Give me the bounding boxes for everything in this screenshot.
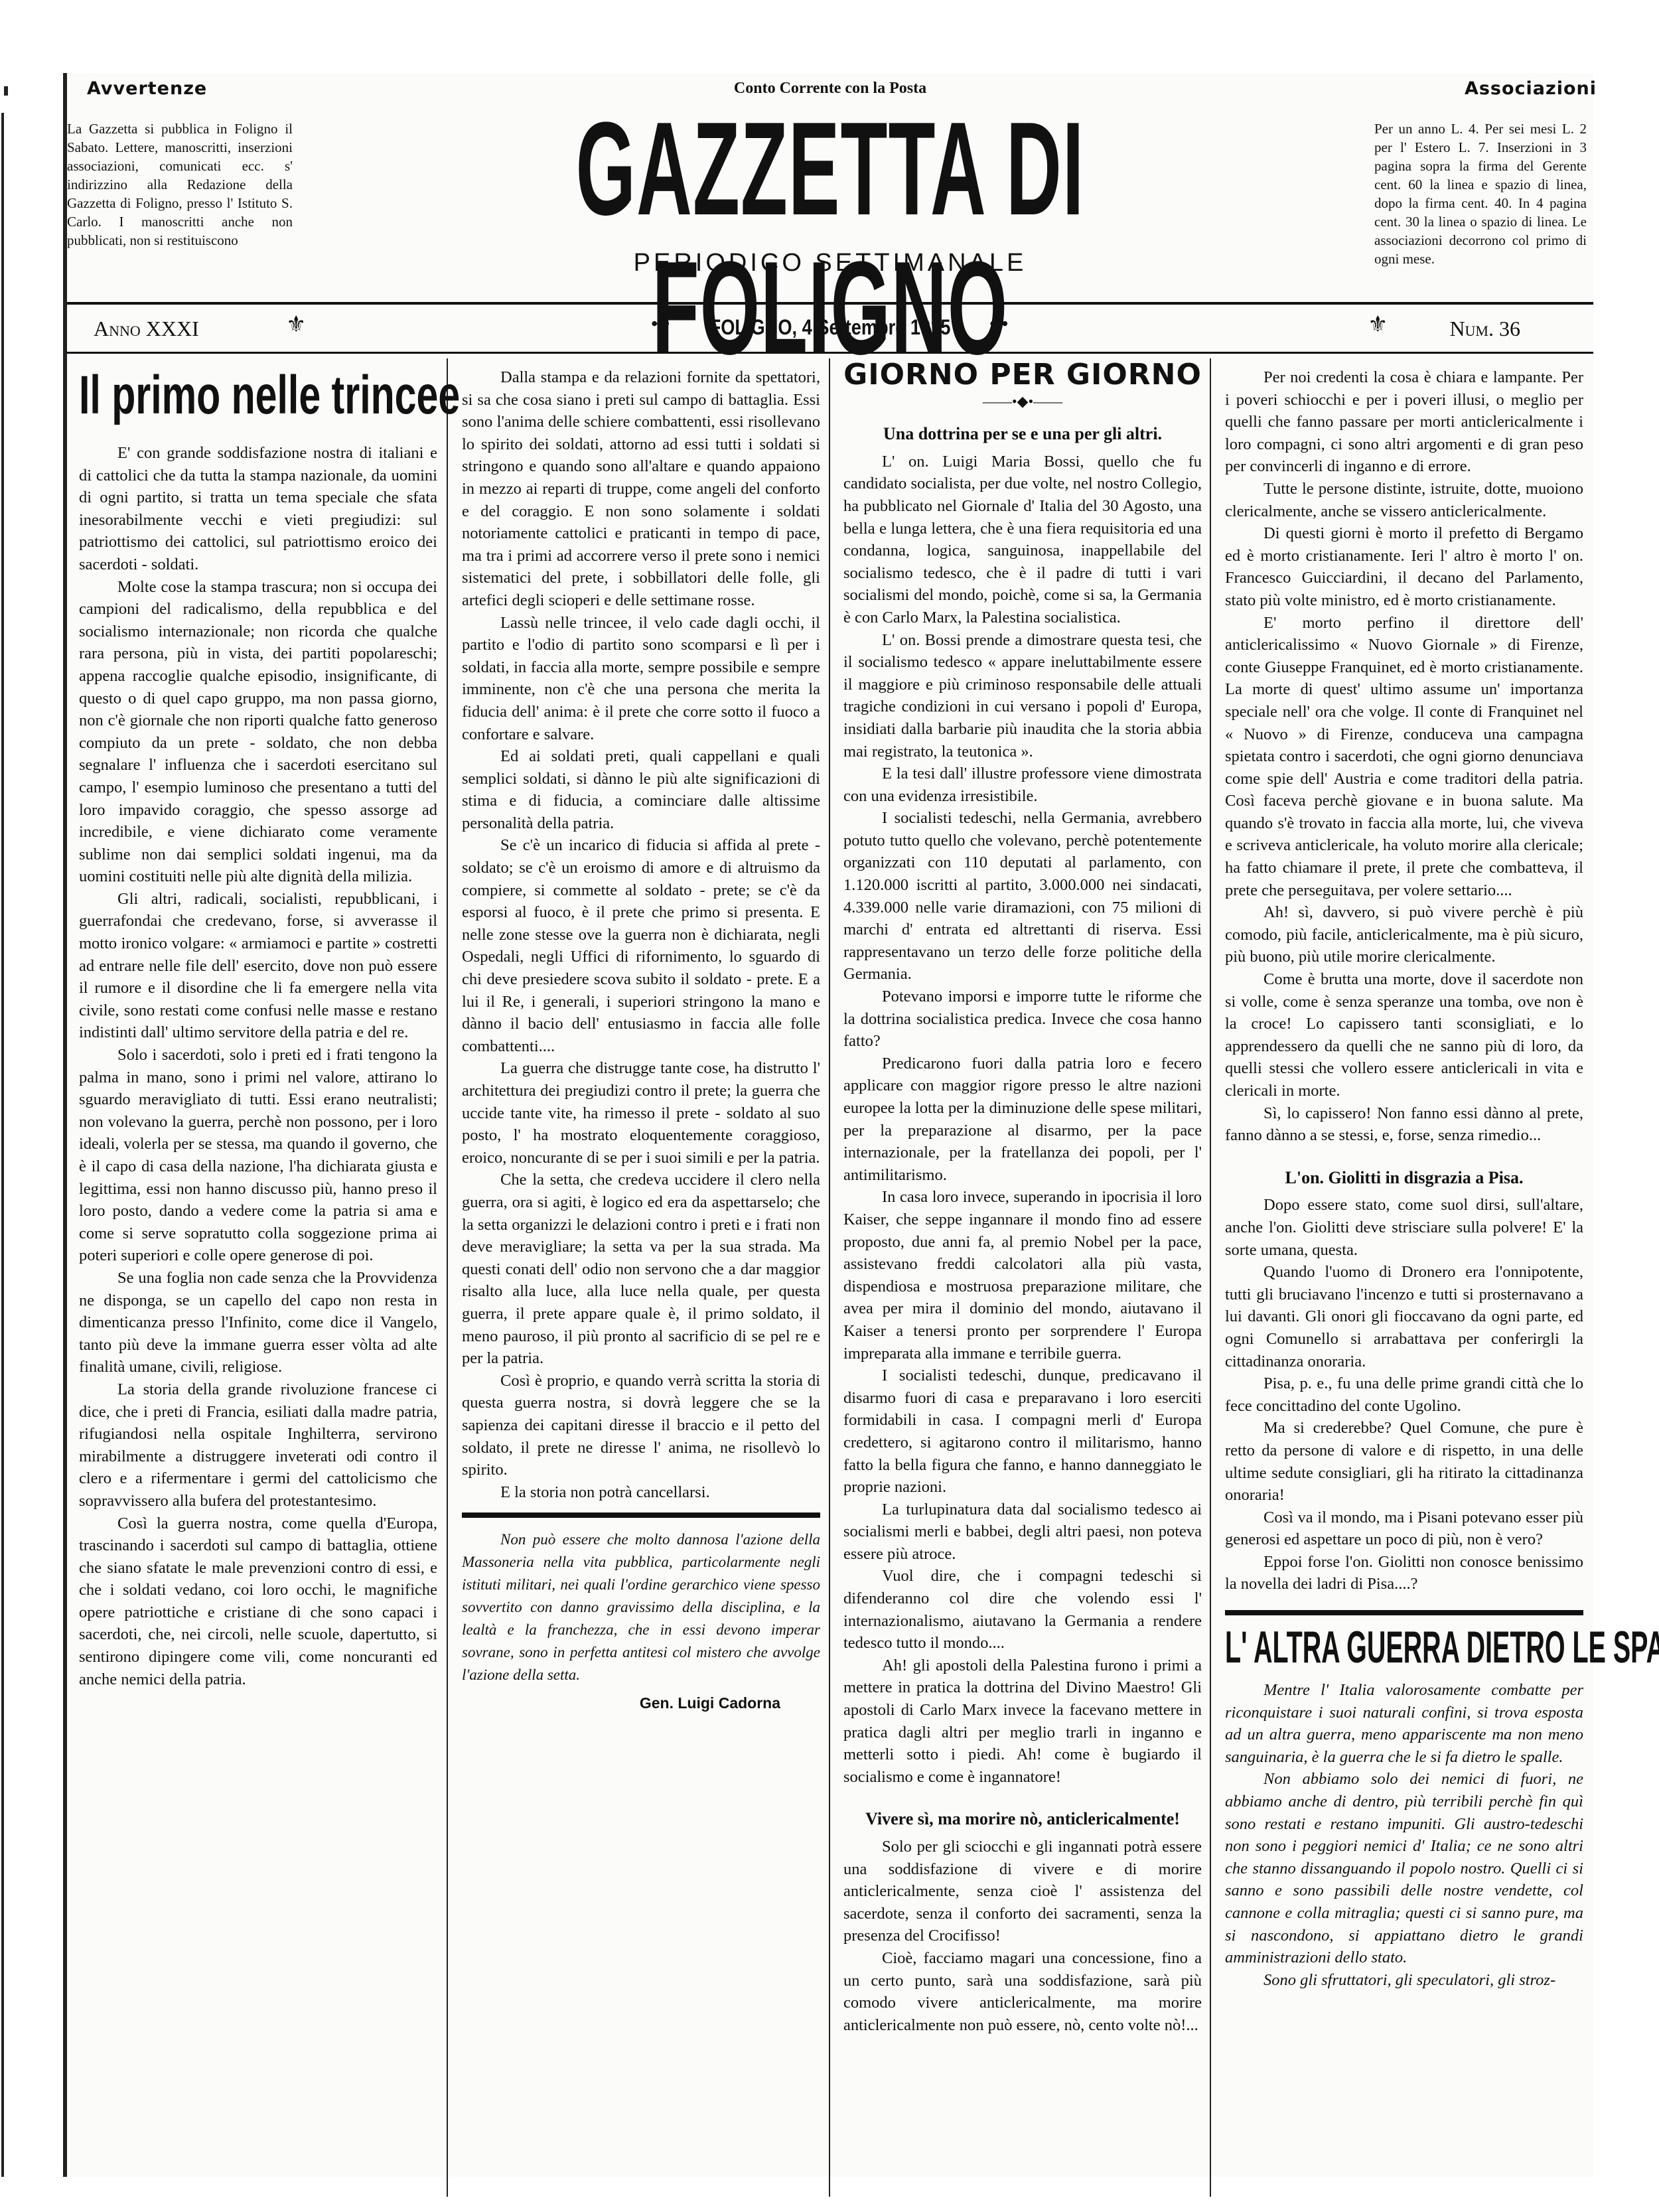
section-title-giorno-per-giorno: GIORNO PER GIORNO: [843, 364, 1202, 386]
headline-altra-guerra: L' ALTRA GUERRA DIETRO LE SPALLE: [1225, 1621, 1433, 1674]
newspaper-subtitle: PERIODICO SETTIMANALE: [332, 249, 1328, 277]
paragraph: Mentre l' Italia valorosamente combatte …: [1225, 1679, 1583, 1768]
dateline-rule: [67, 352, 1593, 354]
paragraph: Se una foglia non cade senza che la Prov…: [79, 1267, 437, 1378]
flourish-divider-icon: ——•◆•——: [843, 390, 1202, 413]
cadorna-quote-box: Non può essere che molto dannosa l'azion…: [462, 1512, 820, 1714]
avvertenze-title: Avvertenze: [87, 78, 207, 99]
paragraph: Cioè, facciamo magari una concessione, f…: [843, 1947, 1202, 2036]
ornament-left-icon: ✣: [651, 311, 670, 338]
article-title: Una dottrina per se e una per gli altri.: [843, 423, 1202, 445]
paragraph: Solo i sacerdoti, solo i preti ed i frat…: [79, 1044, 437, 1267]
paragraph: Dalla stampa e da relazioni fornite da s…: [462, 366, 820, 612]
paragraph: Di questi giorni è morto il prefetto di …: [1225, 522, 1583, 611]
paragraph: Vuol dire, che i compagni tedeschi si di…: [843, 1565, 1202, 1654]
paragraph: Se c'è un incarico di fiducia si affida …: [462, 834, 820, 1057]
column-1: Il primo nelle trincee E' con grande sod…: [79, 358, 437, 1690]
paragraph: Gli altri, radicali, socialisti, repubbl…: [79, 888, 437, 1044]
paragraph: E la storia non potrà cancellarsi.: [462, 1481, 820, 1504]
column-divider: [447, 358, 448, 2197]
avvertenze-text: La Gazzetta si pubblica in Foligno il Sa…: [67, 119, 293, 250]
paragraph: Così è proprio, e quando verrà scritta l…: [462, 1370, 820, 1481]
masthead-rule: [67, 302, 1593, 305]
dateline: Anno XXXI ⚜ FOLIGNO, 4 Settembre 1915 ✣ …: [67, 309, 1593, 348]
paragraph: Sono gli sfruttatori, gli speculatori, g…: [1225, 1969, 1583, 1992]
article-title: Vivere sì, ma morire nò, anticlericalmen…: [843, 1808, 1202, 1830]
column-3: GIORNO PER GIORNO ——•◆•—— Una dottrina p…: [843, 358, 1202, 2036]
paragraph: Così la guerra nostra, come quella d'Eur…: [79, 1512, 437, 1691]
paragraph: Non abbiamo solo dei nemici di fuori, ne…: [1225, 1768, 1583, 1968]
paragraph: La turlupinatura data dal socialismo ted…: [843, 1499, 1202, 1566]
paragraph: In casa loro invece, superando in ipocri…: [843, 1186, 1202, 1364]
issue-number: Num. 36: [1449, 317, 1520, 341]
paragraph: Come è brutta una morte, dove il sacerdo…: [1225, 968, 1583, 1102]
paragraph: Sì, lo capissero! Non fanno essi dànno a…: [1225, 1102, 1583, 1147]
paragraph: Quando l'uomo di Dronero era l'onnipoten…: [1225, 1261, 1583, 1372]
newspaper-page: Avvertenze La Gazzetta si pubblica in Fo…: [63, 73, 1593, 2177]
headline-primo-nelle-trincee: Il primo nelle trincee: [79, 362, 337, 429]
paragraph: Lassù nelle trincee, il velo cade dagli …: [462, 612, 820, 746]
paragraph: Ah! sì, davvero, si può vivere perchè è …: [1225, 901, 1583, 968]
paragraph: Ed ai soldati preti, quali cappellani e …: [462, 745, 820, 834]
paragraph: Predicarono fuori dalla patria loro e fe…: [843, 1053, 1202, 1187]
paragraph: La storia della grande rivoluzione franc…: [79, 1378, 437, 1512]
quote-signature: Gen. Luigi Cadorna: [462, 1692, 820, 1714]
paragraph: Potevano imporsi e imporre tutte le rifo…: [843, 986, 1202, 1053]
paragraph: Così va il mondo, ma i Pisani potevano e…: [1225, 1507, 1583, 1551]
fleuron-icon: ⚜: [1368, 311, 1388, 338]
paragraph: E la tesi dall' illustre professore vien…: [843, 763, 1202, 807]
column-4: Per noi credenti la cosa è chiara e lamp…: [1225, 358, 1583, 1991]
paragraph: I socialisti tedeschi, nella Germania, a…: [843, 807, 1202, 986]
paragraph: I socialisti tedeschi, dunque, predicava…: [843, 1364, 1202, 1499]
article-title: L'on. Giolitti in disgrazia a Pisa.: [1225, 1167, 1583, 1189]
paragraph: Eppoi forse l'on. Giolitti non conosce b…: [1225, 1551, 1583, 1595]
paragraph: Solo per gli sciocchi e gli ingannati po…: [843, 1836, 1202, 1947]
paragraph: E' morto perfino il direttore dell' anti…: [1225, 612, 1583, 902]
page-binding-edge: [0, 73, 9, 2177]
quote-text: Non può essere che molto dannosa l'azion…: [462, 1528, 820, 1686]
ornament-right-icon: ✣: [989, 311, 1009, 338]
paragraph: Molte cose la stampa trascura; non si oc…: [79, 576, 437, 888]
paragraph: L' on. Bossi prende a dimostrare questa …: [843, 629, 1202, 763]
paragraph: E' con grande soddisfazione nostra di it…: [79, 442, 437, 576]
paragraph: L' on. Luigi Maria Bossi, quello che fu …: [843, 451, 1202, 629]
paragraph: La guerra che distrugge tante cose, ha d…: [462, 1057, 820, 1169]
paragraph: Ma si crederebbe? Quel Comune, che pure …: [1225, 1417, 1583, 1506]
column-2: Dalla stampa e da relazioni fornite da s…: [462, 358, 820, 1714]
issue-date: FOLIGNO, 4 Settembre 1915: [182, 315, 1479, 340]
paragraph: Ah! gli apostoli della Palestina furono …: [843, 1655, 1202, 1789]
associazioni-text: Per un anno L. 4. Per sei mesi L. 2 per …: [1374, 119, 1587, 268]
paragraph: Pisa, p. e., fu una delle prime grandi c…: [1225, 1372, 1583, 1417]
masthead: Avvertenze La Gazzetta si pubblica in Fo…: [67, 73, 1593, 299]
paragraph: Per noi credenti la cosa è chiara e lamp…: [1225, 366, 1583, 478]
paragraph: Dopo essere stato, come suol dirsi, sull…: [1225, 1194, 1583, 1261]
column-divider: [1210, 358, 1211, 2197]
associazioni-title: Associazioni: [1384, 78, 1597, 99]
section-rule: [1225, 1610, 1583, 1615]
paragraph: Tutte le persone distinte, istruite, dot…: [1225, 478, 1583, 522]
column-divider: [829, 358, 830, 2197]
paragraph: Che la setta, che credeva uccidere il cl…: [462, 1169, 820, 1369]
